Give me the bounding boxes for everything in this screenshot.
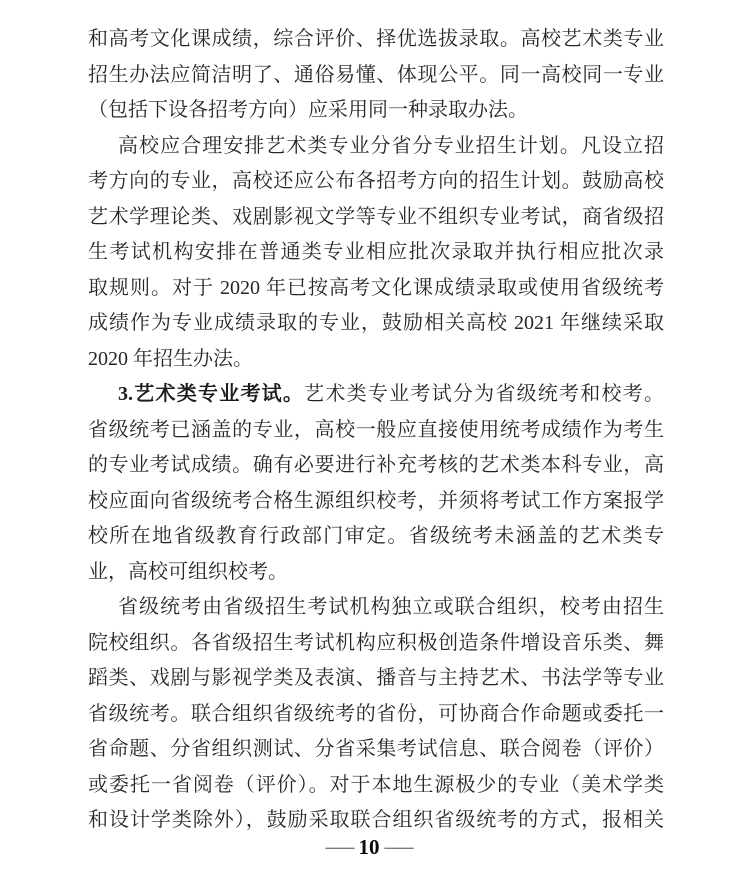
footer-dash-left: —	[325, 833, 354, 861]
paragraph: 和高考文化课成绩，综合评价、择优选拔录取。高校艺术类专业招生办法应简洁明了、通俗…	[88, 22, 664, 129]
text-line: 生考试机构安排在普通类专业相应批次录取并执行相应批次录	[88, 235, 664, 271]
text-line: 招生办法应简洁明了、通俗易懂、体现公平。同一高校同一专业	[88, 58, 664, 94]
bold-lead-label: 3.艺术类专业考试。	[118, 383, 304, 405]
page-footer: —10—	[0, 833, 738, 861]
text-line: 校所在地省级教育行政部门审定。省级统考未涵盖的艺术类专	[88, 519, 664, 555]
text-block: 和高考文化课成绩，综合评价、择优选拔录取。高校艺术类专业招生办法应简洁明了、通俗…	[88, 22, 664, 839]
text-line: 的专业考试成绩。确有必要进行补充考核的艺术类本科专业，高	[88, 448, 664, 484]
paragraph: 高校应合理安排艺术类专业分省分专业招生计划。凡设立招考方向的专业，高校还应公布各…	[88, 129, 664, 378]
text-line: 省级统考由省级招生考试机构独立或联合组织，校考由招生	[88, 590, 664, 626]
text-line: 业，高校可组织校考。	[88, 555, 664, 591]
text-line: 校应面向省级统考合格生源组织校考，并须将考试工作方案报学	[88, 484, 664, 520]
text-line: 或委托一省阅卷（评价）。对于本地生源极少的专业（美术学类	[88, 768, 664, 804]
text-line: 艺术学理论类、戏剧影视文学等专业不组织专业考试，商省级招	[88, 200, 664, 236]
text-line: 考方向的专业，高校还应公布各招考方向的招生计划。鼓励高校	[88, 164, 664, 200]
footer-dash-right: —	[384, 833, 413, 861]
document-page: 和高考文化课成绩，综合评价、择优选拔录取。高校艺术类专业招生办法应简洁明了、通俗…	[0, 0, 738, 885]
text-line: 省命题、分省组织测试、分省采集考试信息、联合阅卷（评价）	[88, 732, 664, 768]
text-line: （包括下设各招考方向）应采用同一种录取办法。	[88, 93, 664, 129]
text-line: 2020 年招生办法。	[88, 342, 664, 378]
text-line: 省级统考。联合组织省级统考的省份，可协商合作命题或委托一	[88, 697, 664, 733]
text-line: 取规则。对于 2020 年已按高考文化课成绩录取或使用省级统考	[88, 271, 664, 307]
text-line: 蹈类、戏剧与影视学类及表演、播音与主持艺术、书法学等专业	[88, 661, 664, 697]
text-line: 省级统考已涵盖的专业，高校一般应直接使用统考成绩作为考生	[88, 413, 664, 449]
text-line: 3.艺术类专业考试。艺术类专业考试分为省级统考和校考。	[88, 377, 664, 413]
page-number: 10	[359, 833, 380, 861]
paragraph: 3.艺术类专业考试。艺术类专业考试分为省级统考和校考。省级统考已涵盖的专业，高校…	[88, 377, 664, 590]
text-line: 和高考文化课成绩，综合评价、择优选拔录取。高校艺术类专业	[88, 22, 664, 58]
text-line: 院校组织。各省级招生考试机构应积极创造条件增设音乐类、舞	[88, 626, 664, 662]
text-line: 高校应合理安排艺术类专业分省分专业招生计划。凡设立招	[88, 129, 664, 165]
paragraph: 省级统考由省级招生考试机构独立或联合组织，校考由招生院校组织。各省级招生考试机构…	[88, 590, 664, 839]
text-line: 成绩作为专业成绩录取的专业，鼓励相关高校 2021 年继续采取	[88, 306, 664, 342]
